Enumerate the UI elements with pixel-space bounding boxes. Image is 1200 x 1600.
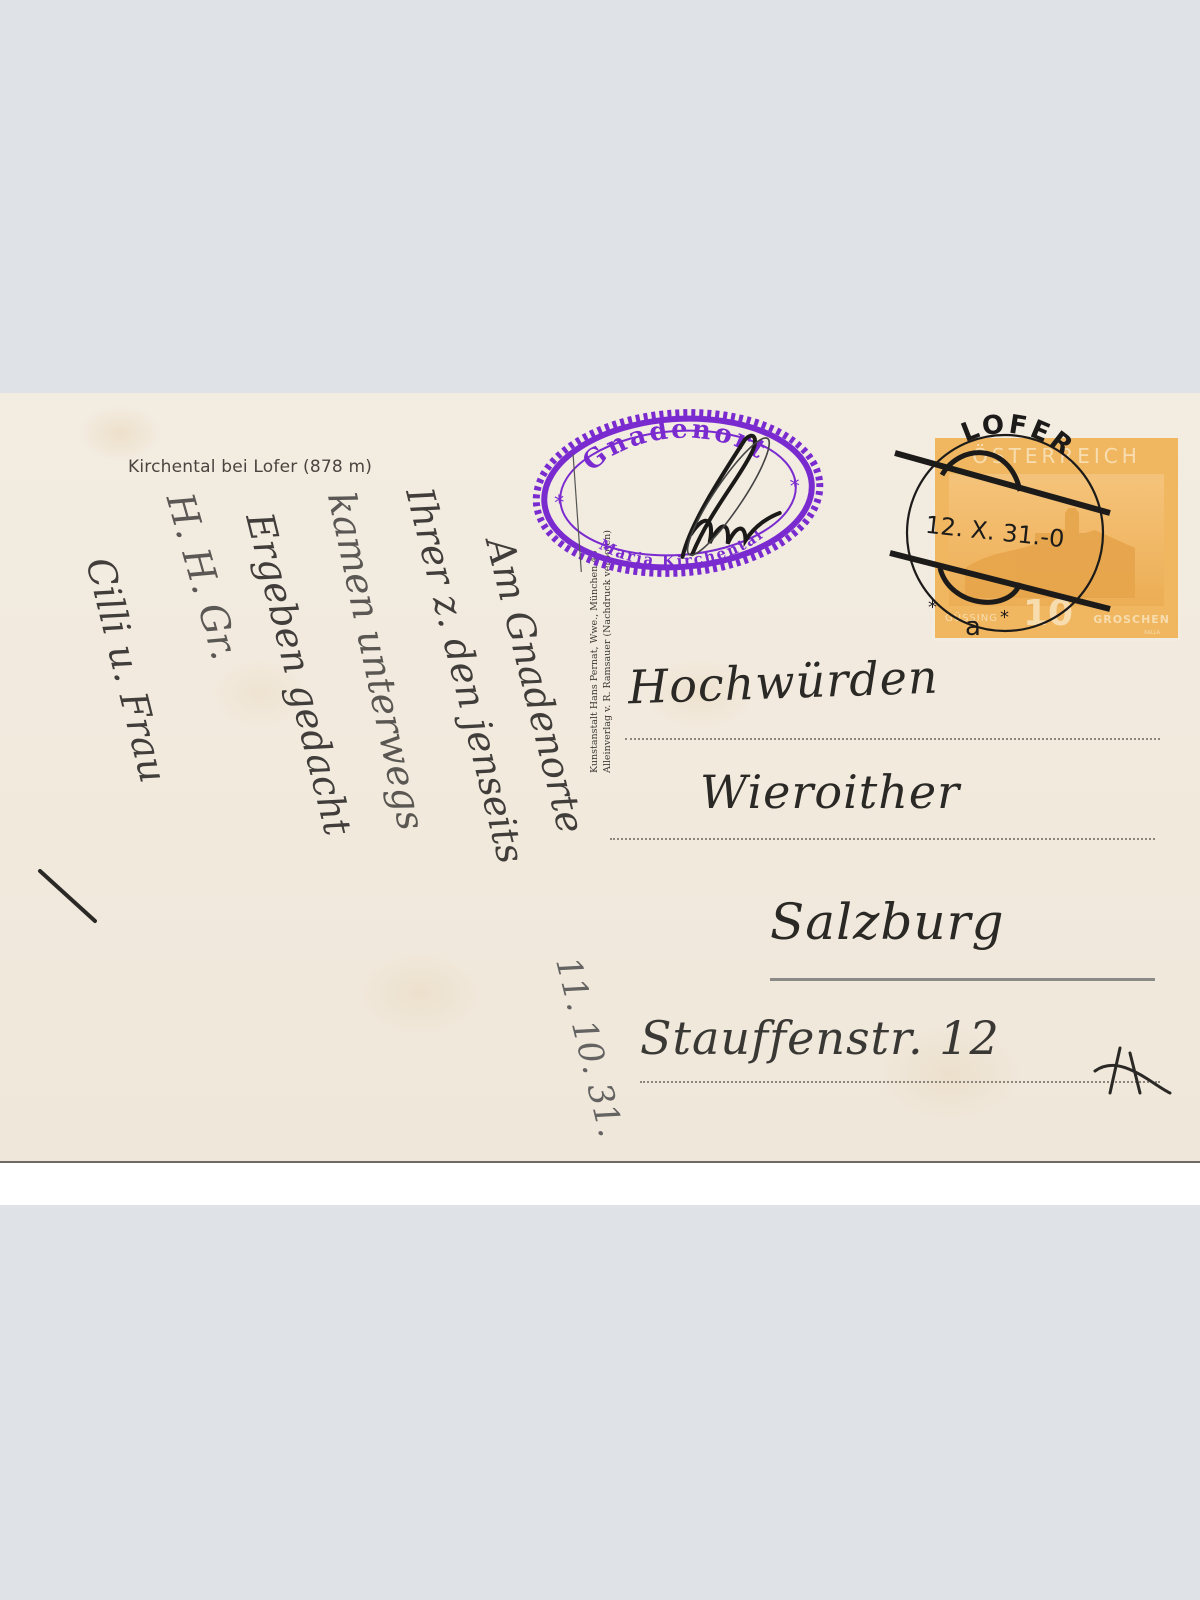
address-line-4: Stauffenstr. 12 xyxy=(640,1011,1000,1065)
postage-stamp: ÖSTERREICH GÜSSING 10 GROSCHEN KALLA xyxy=(935,438,1178,638)
address-rule-1 xyxy=(625,738,1160,740)
postcard-caption: Kirchental bei Lofer (878 m) xyxy=(128,457,372,477)
address-line-3: Salzburg xyxy=(770,893,1005,951)
message-date: 11. 10. 31. xyxy=(547,953,630,1141)
address-line-1: Hochwürden xyxy=(627,650,939,715)
svg-text:*: * xyxy=(789,474,801,499)
postcard: Kirchental bei Lofer (878 m) Kunstanstal… xyxy=(0,393,1200,1163)
stamp-country: ÖSTERREICH xyxy=(935,444,1178,468)
stamp-value: 10 xyxy=(1023,593,1073,634)
castle-icon xyxy=(965,508,1135,598)
address-rule-4 xyxy=(640,1081,1160,1083)
svg-text:*: * xyxy=(554,490,566,515)
message-column-6: Cilli u. Frau xyxy=(77,553,175,787)
stamp-engraver: KALLA xyxy=(1144,630,1160,636)
pilgrimage-cachet: Gnadenort Maria Kirchental * * xyxy=(522,395,833,591)
address-line-2: Wieroither xyxy=(700,765,960,819)
stamp-place: GÜSSING xyxy=(945,613,998,624)
address-rule-2 xyxy=(610,838,1155,840)
address-rule-3 xyxy=(770,978,1155,981)
message-column-5: H. H. Gr. xyxy=(158,488,247,665)
stamp-unit: GROSCHEN xyxy=(1093,613,1170,626)
